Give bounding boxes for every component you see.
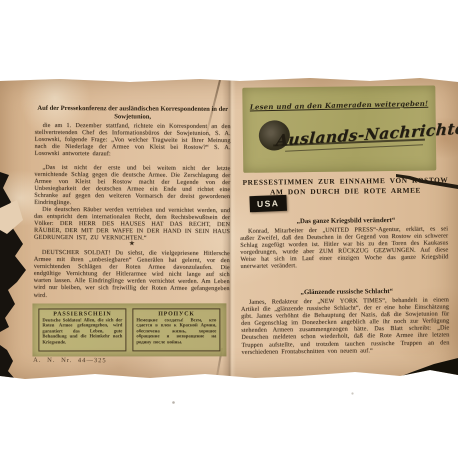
leaflet-photo: Auf der Pressekonferenz der ausländische… xyxy=(0,78,458,379)
masthead: Auslands-Nachrichten xyxy=(243,115,436,159)
photo-canvas: Auf der Pressekonferenz der ausländische… xyxy=(0,0,458,458)
right-page: Lesen und an den Kameraden weitergeben! … xyxy=(0,75,458,382)
usa-label: USA xyxy=(249,195,287,212)
article1-heading: „Das ganze Kriegsbild verändert“ xyxy=(240,216,452,226)
article2-heading: „Glänzende russische Schlacht“ xyxy=(241,287,453,297)
dust-specks xyxy=(0,0,1,1)
article1-body: Konrad, Mitarbeiter der „UNITED PRESS“-A… xyxy=(240,225,449,270)
masthead-script-title: Auslands-Nachrichten xyxy=(275,118,458,150)
article2-body: James, Redakteur der „NEW YORK TIMES“, b… xyxy=(241,296,450,355)
pass-along-slogan: Lesen und an den Kameraden weitergeben! xyxy=(242,99,435,112)
masthead-box: Lesen und an den Kameraden weitergeben! … xyxy=(242,85,436,172)
